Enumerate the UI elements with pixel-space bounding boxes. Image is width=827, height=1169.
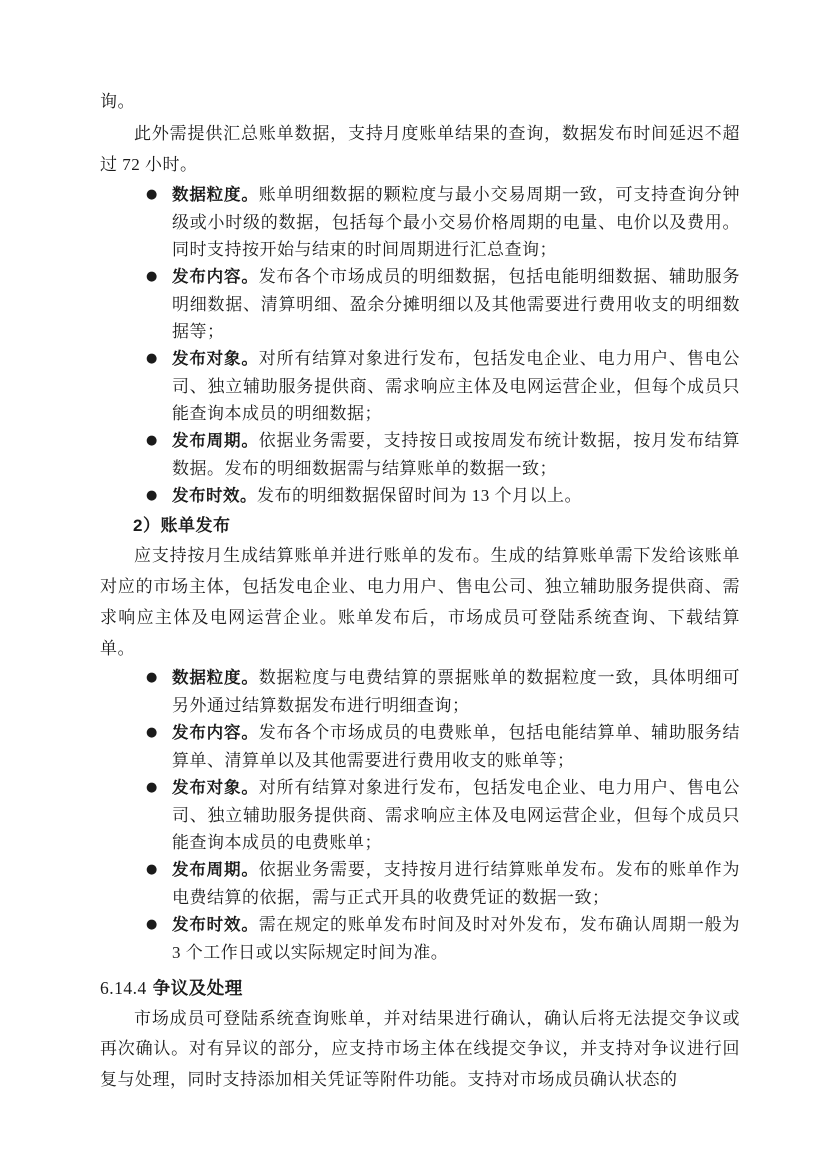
bullet-label: 发布时效。	[172, 916, 259, 934]
paragraph-tail-line: 询。	[100, 86, 740, 118]
bullet-label: 发布周期。	[172, 861, 259, 879]
document-content: 询。 此外需提供汇总账单数据，支持月度账单结果的查询，数据发布时间延迟不超过 7…	[100, 86, 740, 1095]
bullet-label: 发布时效。	[172, 487, 257, 505]
bullet-label: 发布内容。	[172, 268, 259, 286]
list-item: ●发布周期。依据业务需要，支持按月进行结算账单发布。发布的账单作为电费结算的依据…	[172, 856, 740, 911]
section-title: 争议及处理	[153, 978, 243, 998]
list-item: ●发布内容。发布各个市场成员的明细数据，包括电能明细数据、辅助服务明细数据、清算…	[172, 263, 740, 345]
bullet-label: 发布内容。	[172, 724, 259, 742]
bullet-icon: ●	[146, 774, 158, 801]
closing-paragraph: 市场成员可登陆系统查询账单，并对结果进行确认，确认后将无法提交争议或再次确认。对…	[100, 1004, 740, 1096]
bullet-icon: ●	[146, 181, 158, 208]
bullet-list-bill-publish: ●数据粒度。数据粒度与电费结算的票据账单的数据粒度一致，具体明细可另外通过结算数…	[100, 664, 740, 966]
document-page: 询。 此外需提供汇总账单数据，支持月度账单结果的查询，数据发布时间延迟不超过 7…	[0, 0, 827, 1169]
list-item: ●发布时效。发布的明细数据保留时间为 13 个月以上。	[172, 482, 740, 510]
list-item: ●发布周期。依据业务需要，支持按日或按周发布统计数据，按月发布结算数据。发布的明…	[172, 427, 740, 482]
bullet-label: 数据粒度。	[172, 186, 259, 204]
section-heading-dispute: 6.14.4争议及处理	[100, 972, 740, 1004]
list-item: ●发布对象。对所有结算对象进行发布，包括发电企业、电力用户、售电公司、独立辅助服…	[172, 774, 740, 856]
list-item: ●数据粒度。数据粒度与电费结算的票据账单的数据粒度一致，具体明细可另外通过结算数…	[172, 664, 740, 719]
bullet-icon: ●	[146, 263, 158, 290]
subheading-bill-publish: 2）账单发布	[133, 512, 740, 540]
bullet-icon: ●	[146, 719, 158, 746]
bullet-label: 发布对象。	[172, 350, 259, 368]
bullet-label: 发布对象。	[172, 779, 259, 797]
bullet-label: 发布周期。	[172, 432, 259, 450]
billing-paragraph: 应支持按月生成结算账单并进行账单的发布。生成的结算账单需下发给该账单对应的市场主…	[100, 540, 740, 664]
bullet-icon: ●	[146, 856, 158, 883]
bullet-icon: ●	[146, 911, 158, 938]
bullet-list-detail-data: ●数据粒度。账单明细数据的颗粒度与最小交易周期一致，可支持查询分钟级或小时级的数…	[100, 181, 740, 510]
list-item: ●发布时效。需在规定的账单发布时间及时对外发布，发布确认周期一般为 3 个工作日…	[172, 911, 740, 966]
list-item: ●发布内容。发布各个市场成员的电费账单，包括电能结算单、辅助服务结算单、清算单以…	[172, 719, 740, 774]
bullet-icon: ●	[146, 345, 158, 372]
bullet-icon: ●	[146, 664, 158, 691]
bullet-text: 发布的明细数据保留时间为 13 个月以上。	[257, 486, 582, 505]
intro-paragraph: 此外需提供汇总账单数据，支持月度账单结果的查询，数据发布时间延迟不超过 72 小…	[100, 118, 740, 181]
bullet-icon: ●	[146, 482, 158, 509]
list-item: ●发布对象。对所有结算对象进行发布，包括发电企业、电力用户、售电公司、独立辅助服…	[172, 345, 740, 427]
section-number: 6.14.4	[100, 978, 147, 998]
list-item: ●数据粒度。账单明细数据的颗粒度与最小交易周期一致，可支持查询分钟级或小时级的数…	[172, 181, 740, 263]
bullet-icon: ●	[146, 427, 158, 454]
bullet-label: 数据粒度。	[172, 669, 259, 687]
